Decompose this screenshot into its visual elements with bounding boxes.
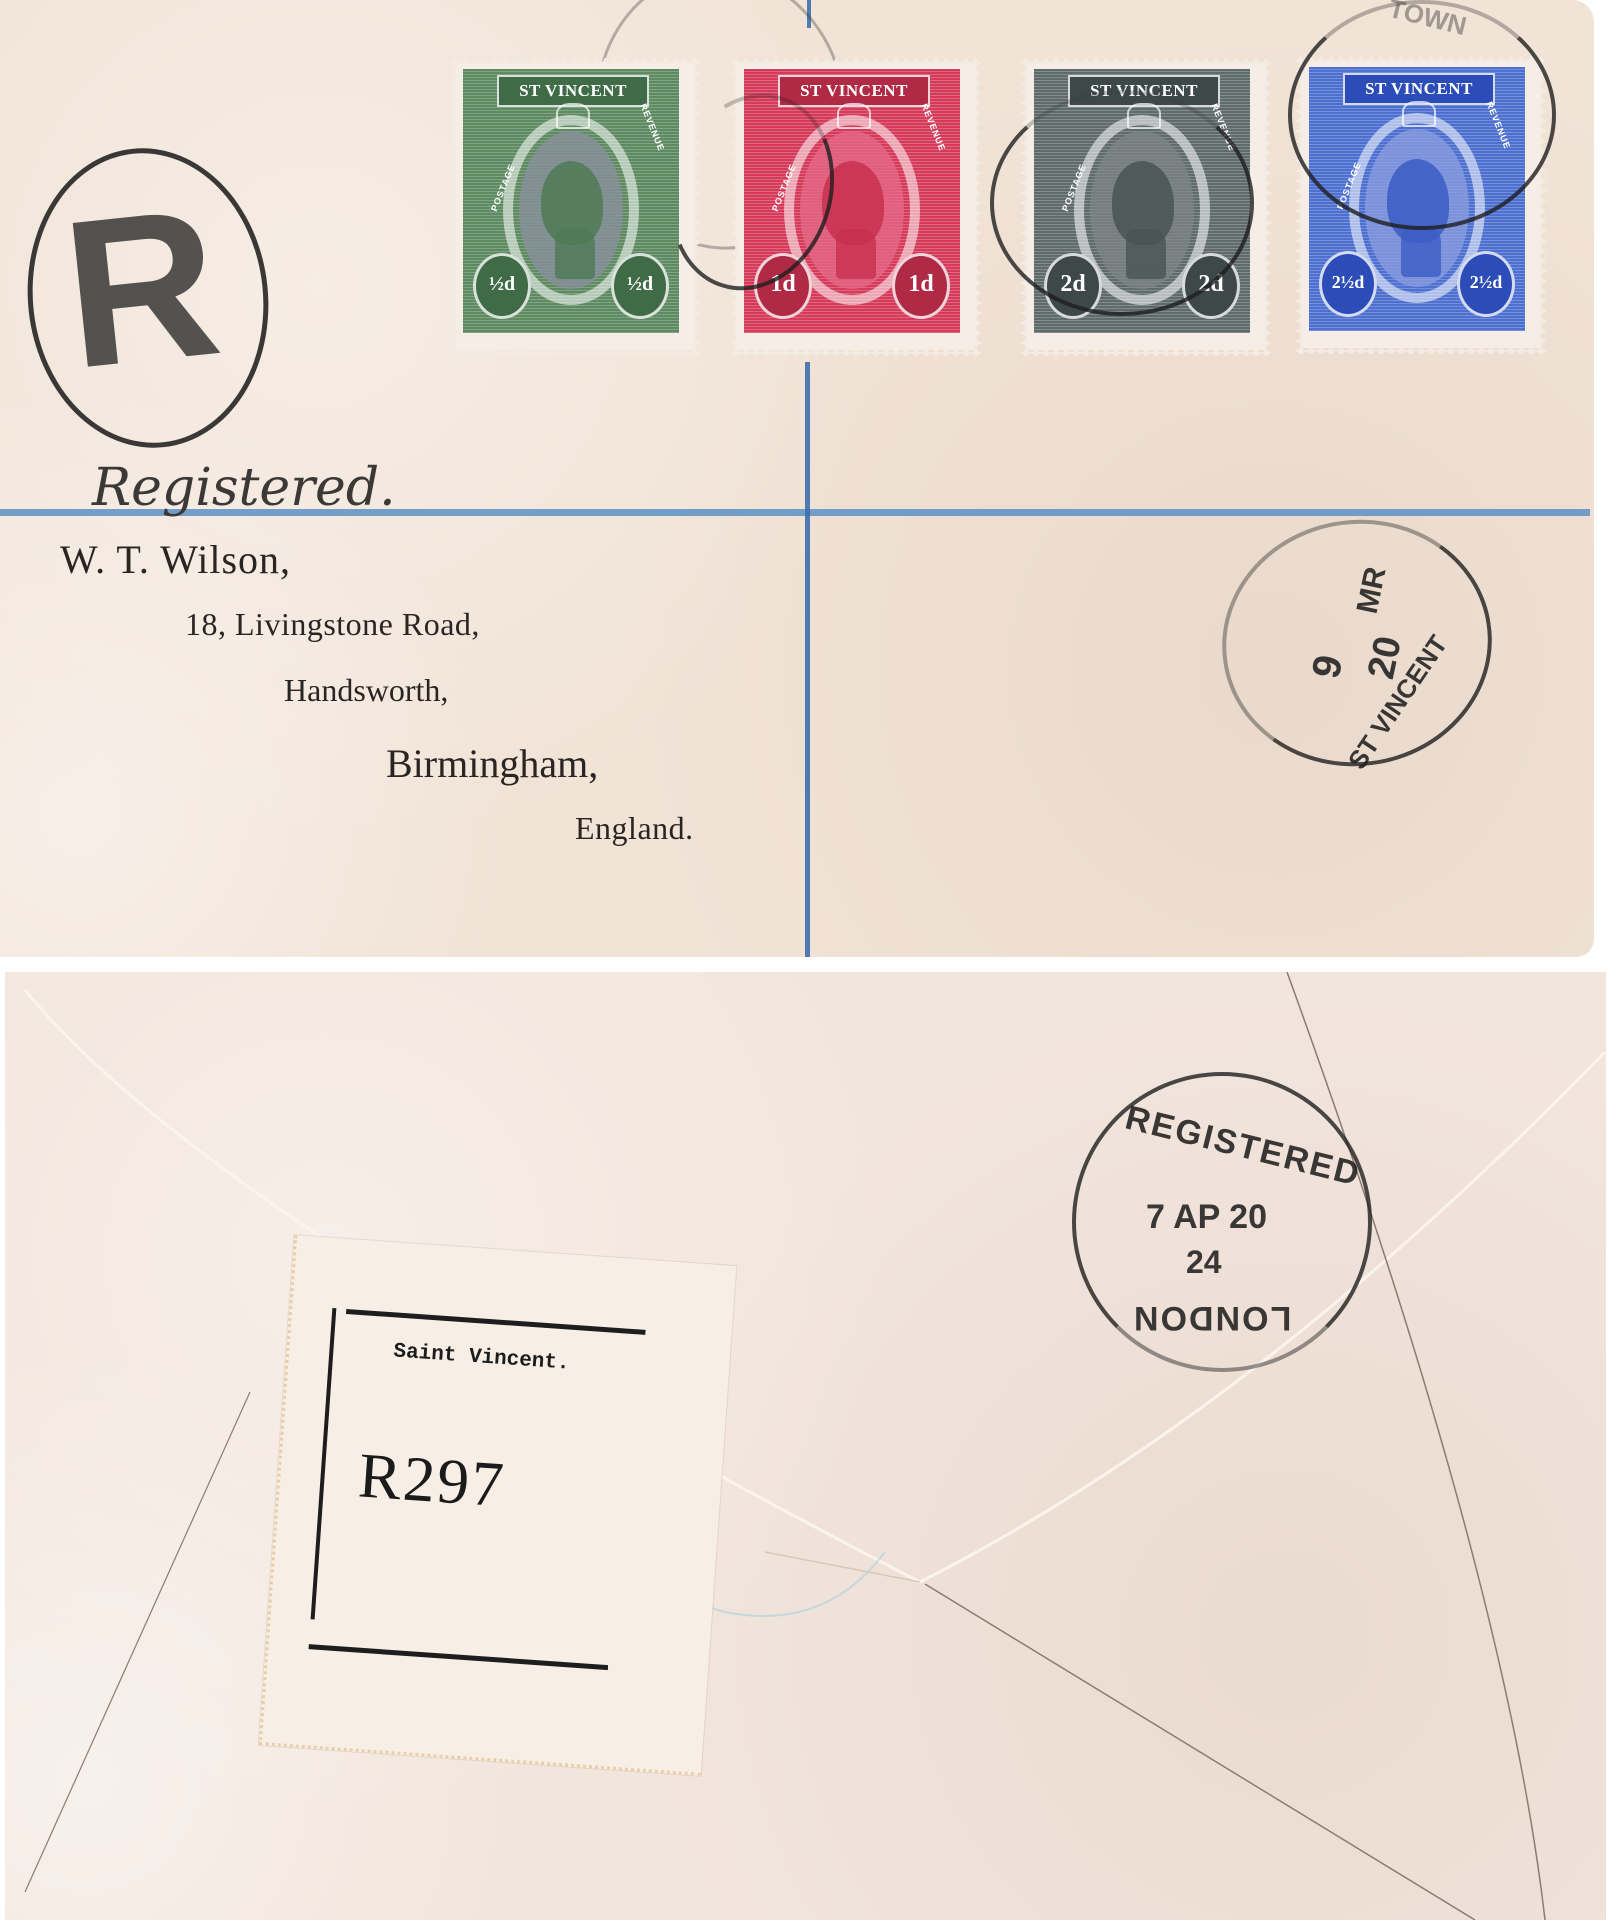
postmark-st-vincent: MR 9 20 ST VINCENT — [1206, 502, 1508, 783]
stamp-design: ST VINCENT POSTAGE REVENUE ½d ½d — [463, 69, 679, 333]
envelope-back: REGISTERED 7 AP 20 24 LONDON Saint Vince… — [5, 972, 1606, 1920]
address-name: W. T. Wilson, — [60, 536, 291, 583]
envelope-front: R Registered. ST VINCENT POSTAGE REVENUE… — [0, 0, 1594, 957]
address-country: England. — [575, 810, 694, 847]
address-street: 18, Livingstone Road, — [185, 606, 480, 643]
handwritten-registered-note: Registered. — [92, 458, 396, 518]
registration-prefix: R — [356, 1439, 406, 1513]
address-city: Birmingham, — [386, 740, 598, 787]
cancellation-postmark-2 — [990, 90, 1254, 316]
registration-label-title: Saint Vincent. — [393, 1340, 571, 1375]
registration-label-frame: Saint Vincent. R297 — [311, 1308, 654, 1642]
registration-number-value: 297 — [401, 1442, 508, 1520]
postmark-london-registered: REGISTERED 7 AP 20 24 LONDON — [1072, 1072, 1372, 1372]
registration-line-vertical — [805, 362, 810, 957]
registration-r-letter: R — [55, 176, 228, 401]
address-district: Handsworth, — [284, 672, 448, 709]
registration-label: Saint Vincent. R297 — [259, 1235, 737, 1776]
envelope-flap-lines — [5, 972, 1606, 1920]
stamp-half-penny: ST VINCENT POSTAGE REVENUE ½d ½d — [450, 58, 700, 356]
registration-number: R297 — [356, 1438, 507, 1522]
cancellation-postmark-3: TOWN — [1288, 0, 1556, 230]
registration-r-handstamp: R — [13, 136, 283, 459]
